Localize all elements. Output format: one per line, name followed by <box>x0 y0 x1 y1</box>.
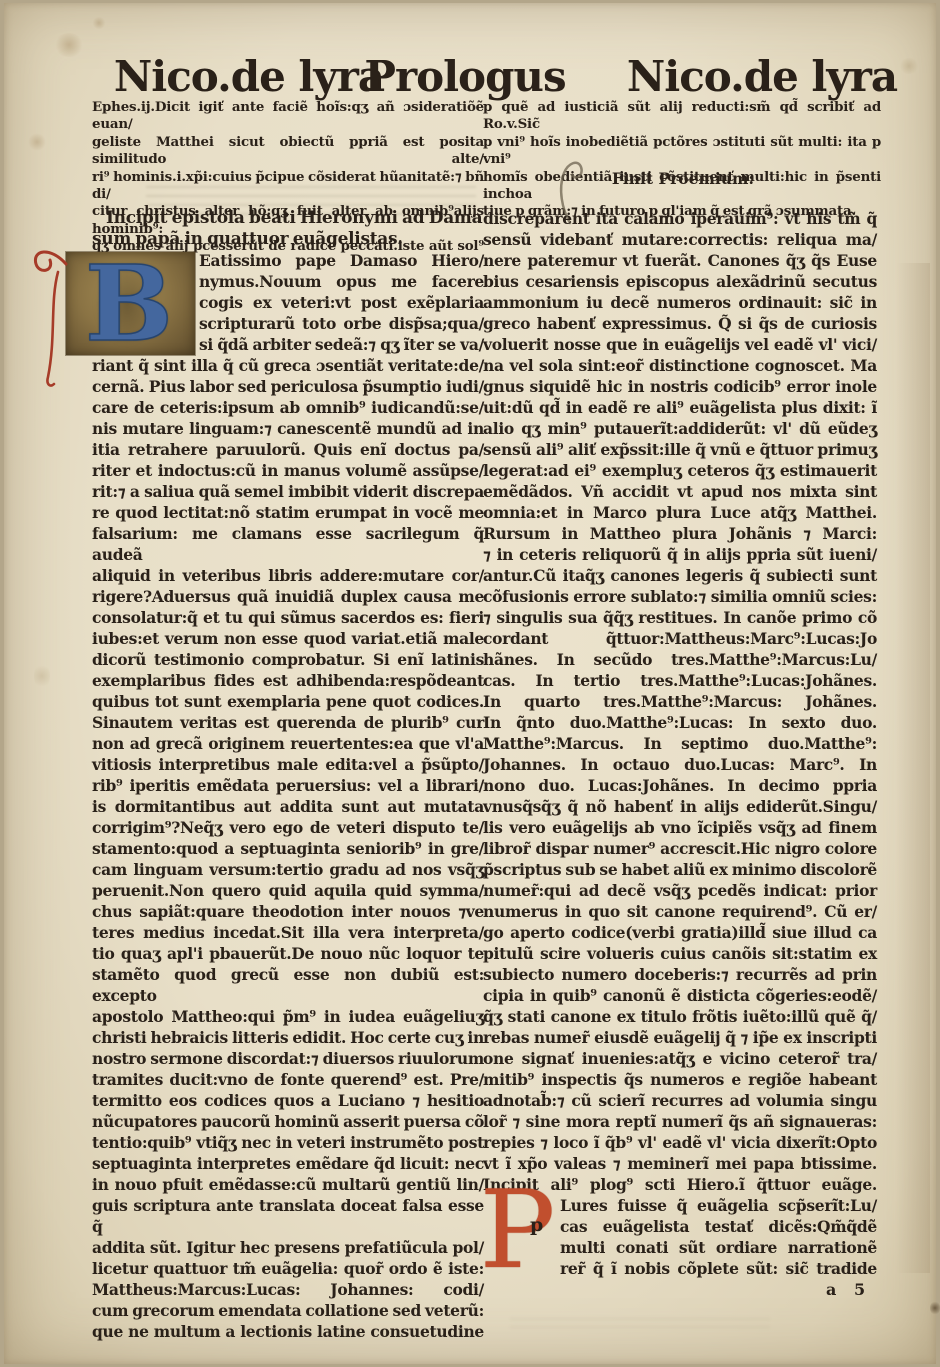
text-line: rebas numer̃ eiusdẽ euãgelij q̃ ⁊ ip̃e e… <box>483 1027 877 1048</box>
quire-signature: a 5 <box>826 1280 871 1299</box>
fox-spot <box>28 133 46 151</box>
text-line: cõfusionis errore sublato:⁊ similia omni… <box>483 586 877 607</box>
text-line: uit:dũ qd̃ in eadẽ re ali⁹ euãgelista pl… <box>483 397 877 418</box>
closing-paragraph: P p Lures fuisse q̃ euãgelia scp̃serĩt:L… <box>483 1195 877 1279</box>
text-line: one signať inuenies:atq̃ʒ e vicino ceter… <box>483 1048 877 1069</box>
text-line: geliste Matthei sicut obiectũ ppriã est … <box>92 134 484 169</box>
text-line: re quod lectitat:nõ statim erumpat in vo… <box>92 502 484 523</box>
rubricated-initial-P: P p <box>481 1189 561 1299</box>
text-line: lor̃ ⁊ sine mora reptĩ numerĩ q̃s añ sig… <box>483 1111 877 1132</box>
text-line: chus sapiãt:quare theodotion inter nouos… <box>92 901 484 922</box>
text-line: cas. In tertio tres.Matthe⁹:Lucas:Johãne… <box>483 670 877 691</box>
text-line: tentio:quib⁹ vtiq̃ʒ nec in veteri instru… <box>92 1132 484 1153</box>
fox-spot <box>92 17 106 29</box>
fox-spot <box>899 58 919 74</box>
text-line: Rursum in Mattheo plura Johãnis ⁊ Marci: <box>483 523 877 544</box>
text-line: voluerit nosse que in euãgelijs vel eadẽ… <box>483 334 877 355</box>
text-line: addita sũt. Igitur hec presens prefatiũc… <box>92 1237 484 1258</box>
text-line: Ephes.ij.Dicit igiť ante faciẽ hoĩs:qʒ a… <box>92 99 484 134</box>
text-line: Eatissimo pape Damaso Hiero/ <box>199 250 484 271</box>
text-line: greco habenť expressimus. Q̃ si q̃s de c… <box>483 313 877 334</box>
text-line: peruenit.Non quero quid aquila quid symm… <box>92 880 484 901</box>
text-line: vnusq̃sq̃ʒ q̃ nõ habenť in alijs ediderũ… <box>483 796 877 817</box>
text-line: quibus tot sunt exemplaria pene quot cod… <box>92 691 484 712</box>
text-line: scripturarũ toto orbe disp̃sa;qua/ <box>199 313 484 334</box>
text-line: nono duo. Lucas:Johãnes. In decimo ppria <box>483 775 877 796</box>
show-through-text <box>510 1318 770 1334</box>
text-line: Lures fuisse q̃ euãgelia scp̃serĩt:Lu/ <box>560 1195 877 1216</box>
text-line: nostro sermone discordat:⁊ diuersos riuu… <box>92 1048 484 1069</box>
text-line: repies ⁊ loco ĩ q̃b⁹ vl' eadẽ vl' vicia … <box>483 1132 877 1153</box>
text-line: cipia in quib⁹ canonũ ẽ disticta cõgerie… <box>483 985 877 1006</box>
text-line: subiecto numero doceberis:⁊ recurrẽs ad … <box>483 964 877 985</box>
text-line: multi conati sũt ordiare narrationẽ <box>560 1237 877 1258</box>
text-line: hãnes. In secũdo tres.Matthe⁹:Marcus:Lu/ <box>483 649 877 670</box>
initial-letter-P: P <box>479 1181 555 1281</box>
text-line: adnotab̃:⁊ cũ scierĩ recurres ad volumia… <box>483 1090 877 1111</box>
page-edge-shading <box>896 263 930 1273</box>
text-line: nymus.Nouum opus me facere <box>199 271 484 292</box>
initial-letter-B: B <box>85 252 173 356</box>
text-line: ⁊ singulis sua q̃q̃ʒ restitues. In canõe… <box>483 607 877 628</box>
text-column-left: Incipit epistola beati Hieronymi ad Dama… <box>92 208 484 1342</box>
text-line: antur.Cũ itaq̃ʒ canones legeris q̃ subie… <box>483 565 877 586</box>
text-line: omnia:et in Marco plura Luce atq̃ʒ Matth… <box>483 502 877 523</box>
text-line: dicorũ testimonio comprobatur. Si enĩ la… <box>92 649 484 670</box>
text-line: emẽdãdos. Vñ accidit vt apud nos mixta s… <box>483 481 877 502</box>
text-line: stamento:quod a septuaginta seniorib⁹ in… <box>92 838 484 859</box>
text-line: mitib⁹ inspectis q̃s numeros e regiõe ha… <box>483 1069 877 1090</box>
text-line: riter et indoctus:cũ in manus volumẽ ass… <box>92 460 484 481</box>
text-line: cordant q̃ttuor:Mattheus:Marc⁹:Lucas:Jo <box>483 628 877 649</box>
ink-speck <box>930 1301 940 1315</box>
text-line: sensũ ali⁹ aliť exp̃ssit:ille q̃ vnũ e q… <box>483 439 877 460</box>
running-title-right: Nico.de lyra <box>627 55 897 99</box>
finit-proemium-colophon: Finit Proemium: <box>612 169 754 188</box>
guide-letter-p: p <box>530 1215 543 1236</box>
text-line: cernã. Pius labor sed periculosa p̃sumpt… <box>92 376 484 397</box>
text-line: ri⁹ hominis.i.xp̃i:cuius p̃cipue cõsider… <box>92 169 484 204</box>
opening-paragraph: B Eatissimo pape Damaso Hiero/nymus.Nouu… <box>92 250 484 355</box>
text-line: q̃ʒ stati canone ex titulo frõtis iuẽto:… <box>483 1006 877 1027</box>
text-line: ⁊ in ceteris reliquorũ q̃ in alijs ppria… <box>483 544 877 565</box>
book-page: Nico.de lyra Prologus Nico.de lyra Ephes… <box>4 3 936 1364</box>
text-line: termitto eos codices quos a Luciano ⁊ he… <box>92 1090 484 1111</box>
text-line: p quẽ ad iusticiã sũt alij reducti:sm̃ q… <box>483 99 881 134</box>
text-line: tramites ducit:vno de fonte querend⁹ est… <box>92 1069 484 1090</box>
text-line: nis mutare linguam:⁊ canescentẽ mundũ ad… <box>92 418 484 439</box>
body-lines-left: riant q̃ sint illa q̃ cũ greca ɔsentiãt … <box>92 355 484 1342</box>
text-line: discreparent ita calamo iperauim⁹: vt hi… <box>483 208 877 229</box>
red-penwork-flourish <box>22 242 72 392</box>
text-line: sensũ videbanť mutare:correctis: reliqua… <box>483 229 877 250</box>
text-line: guis scriptura ante translata doceat fal… <box>92 1195 484 1237</box>
text-line: numer̃:qui ad decẽ vsq̃ʒ pcedẽs indicat:… <box>483 880 877 901</box>
intro-paragraph-right: p quẽ ad iusticiã sũt alij reducti:sm̃ q… <box>483 99 881 221</box>
text-line: care de ceteris:ipsum ab omnib⁹ iudicand… <box>92 397 484 418</box>
text-line: p vni⁹ hoĩs inobediẽtiã pctõres ɔstituti… <box>483 134 881 169</box>
text-line: christi hebraicis litteris edidit. Hoc c… <box>92 1027 484 1048</box>
text-line: numerus in quo sit canone requirend⁹. Cũ… <box>483 901 877 922</box>
text-line: cam linguam versum:tertio gradu ad nos v… <box>92 859 484 880</box>
text-line: licetur quattuor tm̃ euãgelia: quor̃ ord… <box>92 1258 484 1279</box>
text-line: iubes:et verum non esse quod variat.etiã… <box>92 628 484 649</box>
text-line: tio quaʒ apl'i pbauerũt.De nouo nũc loqu… <box>92 943 484 964</box>
text-line: In quarto tres.Matthe⁹:Marcus: Johãnes. <box>483 691 877 712</box>
text-line: ammonium iu decẽ numeros ordinauit: sic̃… <box>483 292 877 313</box>
text-line: non ad grecã originem reuertentes:ea que… <box>92 733 484 754</box>
text-line: bius cesariensis episcopus alexãdrinũ se… <box>483 271 877 292</box>
text-line: si q̃dã arbiter sedeã:⁊ qʒ ĩter se va/ <box>199 334 484 355</box>
running-title-left: Nico.de lyra <box>114 55 384 99</box>
text-line: in nouo pfuit emẽdasse:cũ multarũ gentiũ… <box>92 1174 484 1195</box>
text-line: Matthe⁹:Marcus. In septimo duo.Matthe⁹: <box>483 733 877 754</box>
text-line: septuaginta interpretes emẽdare q̃d licu… <box>92 1153 484 1174</box>
text-line: gnus siquidẽ hic in nostris codicib⁹ err… <box>483 376 877 397</box>
body-lines-right: discreparent ita calamo iperauim⁹: vt hi… <box>483 208 877 1174</box>
text-line: Incipit epistola beati Hieronymi ad Dama <box>92 208 484 229</box>
text-column-right: discreparent ita calamo iperauim⁹: vt hi… <box>483 208 877 1279</box>
text-line: cas euãgelista testať dicẽs:Qm̃q̃dẽ <box>560 1216 877 1237</box>
text-line: cum grecorum emendata collatione sed vet… <box>92 1300 484 1321</box>
text-line: consolatur:q̃ et tu qui sũmus sacerdos e… <box>92 607 484 628</box>
text-line: p̃scriptus sub se habet aliũ ex minimo d… <box>483 859 877 880</box>
text-line: aliquid in veteribus libris addere:mutar… <box>92 565 484 586</box>
text-line: pitulũ scire volueris cuius canõis sit:s… <box>483 943 877 964</box>
text-line: falsarium: me clamans esse sacrilegum q̃… <box>92 523 484 565</box>
text-line: rigere?Aduersus quã inuidiã duplex causa… <box>92 586 484 607</box>
text-line: corrigim⁹?Neq̃ʒ vero ego de veteri dispu… <box>92 817 484 838</box>
text-line: stamẽto quod grecũ esse non dubiũ est: e… <box>92 964 484 1006</box>
text-line: rit:⁊ a saliua quã semel imbibit viderit… <box>92 481 484 502</box>
text-line: libror̃ dispar numer⁹ accrescit.Hic nigr… <box>483 838 877 859</box>
text-line: legerat:ad ei⁹ exempluʒ ceteros q̃ʒ esti… <box>483 460 877 481</box>
text-line: is dormitantibus aut addita sunt aut mut… <box>92 796 484 817</box>
text-line: Mattheus:Marcus:Lucas: Johannes: codi/ <box>92 1279 484 1300</box>
fox-spot <box>54 33 84 57</box>
text-line: nere pateremur vt fuerãt. Canones q̃ʒ q̃… <box>483 250 877 271</box>
text-line: exemplaribus fides est adhibenda:respõde… <box>92 670 484 691</box>
text-line: Sinautem veritas est querenda de plurib⁹… <box>92 712 484 733</box>
text-line: nũcupatores paucorũ hominũ asserit puers… <box>92 1111 484 1132</box>
text-line: rib⁹ iperitis emẽdata peruersius: vel a … <box>92 775 484 796</box>
text-line: na vel sola sint:eor̃ distinctione cogno… <box>483 355 877 376</box>
text-line: lis vero euãgelijs ab vno ĩcipiẽs vsq̃ʒ … <box>483 817 877 838</box>
text-line: cogis ex veteri:vt post exẽplaria <box>199 292 484 313</box>
text-line: teres medius incedat.Sit illa vera inter… <box>92 922 484 943</box>
running-title-center: Prologus <box>364 55 565 99</box>
fox-spot <box>34 663 50 689</box>
text-line: In q̃nto duo.Matthe⁹:Lucas: In sexto duo… <box>483 712 877 733</box>
text-line: alio qʒ min⁹ putauerĩt:addiderũt: vl' dũ… <box>483 418 877 439</box>
text-line: Johannes. In octauo duo.Lucas: Marc⁹. In <box>483 754 877 775</box>
text-line: que ne multum a lectionis latine consuet… <box>92 1321 484 1342</box>
text-line: apostolo Mattheo:qui p̃m⁹ in iudea euãge… <box>92 1006 484 1027</box>
illuminated-initial-B: B <box>66 252 195 355</box>
text-line: vitiosis interpretibus male edita:vel a … <box>92 754 484 775</box>
text-line: itia retrahere paruulorũ. Quis enĩ doctu… <box>92 439 484 460</box>
text-line: go aperto codice(verbi gratia)illd̃ siue… <box>483 922 877 943</box>
text-line: rer̃ q̃ ĩ nobis cõplete sũt: sic̃ tradid… <box>560 1258 877 1279</box>
